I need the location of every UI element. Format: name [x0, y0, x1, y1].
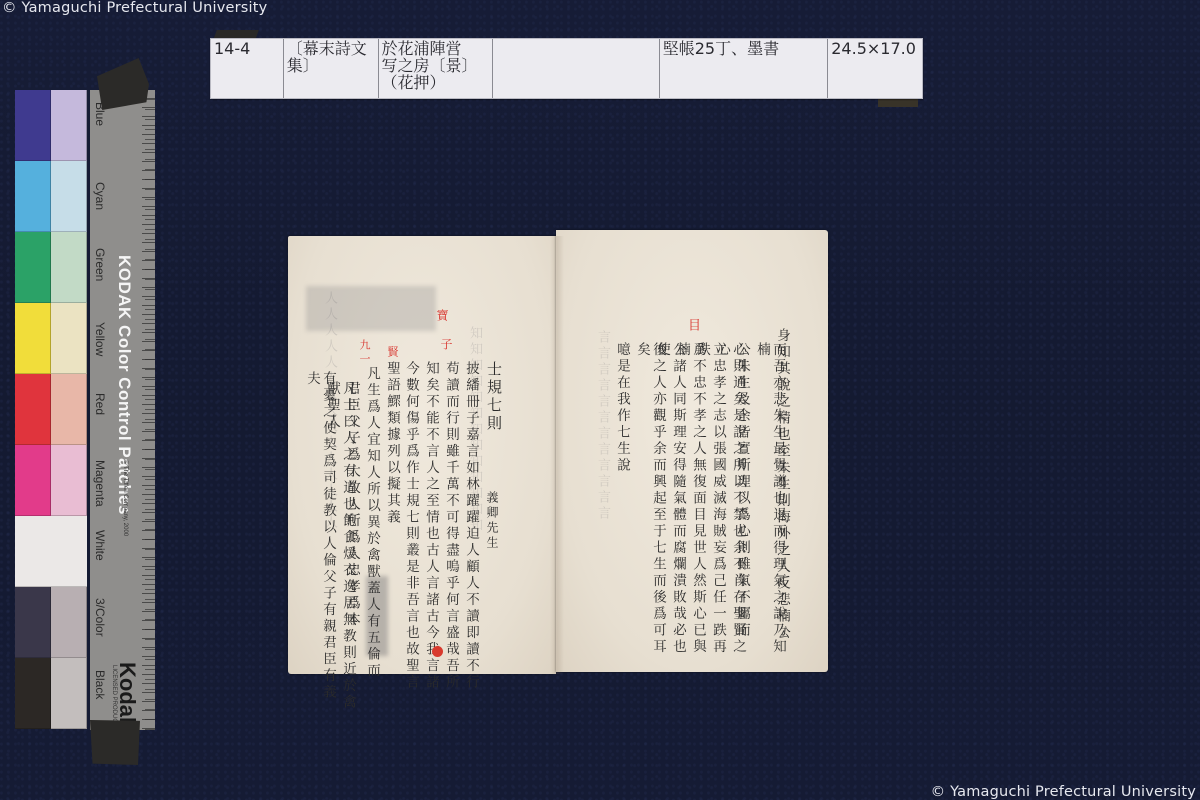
text-column: 知矣不能不言人之至情也古人言諸古今我言諸 — [423, 361, 439, 691]
patch-blue — [15, 90, 87, 161]
patch-magenta — [15, 445, 87, 516]
ruler-ticks — [142, 90, 155, 730]
left-page: 人人人人人人人人人人人人人人人 知知知知知知知知知知知知知 寶 子 九一 賢 士… — [288, 236, 556, 674]
kodak-logo: Kodak — [114, 662, 140, 729]
patch-label-black: Black — [93, 670, 107, 699]
patch-yellow — [15, 303, 87, 374]
catalog-number: 14-4 — [211, 39, 284, 98]
patch-black — [15, 658, 87, 729]
patch-label-magenta: Magenta — [93, 460, 107, 507]
patch-3color — [15, 587, 87, 658]
patch-white — [15, 516, 87, 587]
red-seal-mark — [432, 646, 443, 657]
patch-red — [15, 374, 87, 445]
kodak-licensed-product: LICENSED PRODUCT — [111, 665, 117, 726]
patch-label-yellow: Yellow — [93, 322, 107, 356]
red-annotation: 賢 — [384, 346, 400, 360]
text-column: 聖語鰥類據列以擬其義 — [384, 361, 400, 691]
text-column: 凡生爲人宜知人所以異於禽獸蓋人有五倫而 — [364, 366, 380, 696]
catalog-label: 14-4 〔幕末詩文 集〕 於花浦陣営 写之房〔景〕 （花押） 堅帳25丁、墨書… — [210, 38, 923, 99]
copyright-watermark-bottom: © Yamaguchi Prefectural University — [931, 784, 1196, 800]
tape-ruler-top — [97, 58, 149, 110]
text-column: 今數何傷乎爲作士規七則叢是非吾言也故聖言 — [403, 361, 419, 691]
text-column: 有憂之使契爲司徒教以人倫父子有親君臣有義夫 — [304, 371, 336, 701]
kodak-color-chart: Blue Cyan Green Yellow Red Magenta White… — [15, 90, 155, 730]
catalog-size: 24.5×17.0 — [828, 39, 922, 98]
document-attribution: 義卿先生 — [484, 491, 500, 551]
patch-label-cyan: Cyan — [93, 182, 107, 210]
patch-label-green: Green — [93, 248, 107, 281]
patch-green — [15, 232, 87, 303]
patch-label-white: White — [93, 530, 107, 561]
red-annotation: 子 — [438, 338, 454, 353]
patch-label-3color: 3/Color — [93, 598, 107, 637]
book-gutter — [550, 236, 564, 674]
catalog-title: 〔幕末詩文 集〕 — [284, 39, 379, 98]
patch-label-red: Red — [93, 393, 107, 415]
text-column: 披繙冊子嘉言如林躍躍迫人顧人不讀即讀不行 — [463, 361, 479, 691]
text-column: 後之人亦觀乎余而興起至于七生而後爲可耳矣 — [634, 342, 666, 662]
tape-ruler-bottom — [90, 720, 140, 765]
red-annotation: 九一 — [356, 339, 372, 367]
tiffen-copyright-note: © The Tiffen Company, 2000 — [122, 460, 128, 536]
red-annotation: 寶 — [434, 309, 450, 324]
document-heading: 士規七則 — [486, 361, 502, 433]
color-patches — [15, 90, 87, 730]
text-column: 苟讀而行則雖千萬不可得盡嗚乎何言盛哉吾所 — [443, 361, 459, 691]
copyright-watermark-top: © Yamaguchi Prefectural University — [2, 0, 267, 16]
catalog-author: 於花浦陣営 写之房〔景〕 （花押） — [379, 39, 494, 98]
patch-cyan — [15, 161, 87, 232]
catalog-blank — [493, 39, 660, 98]
measurement-ruler: Blue Cyan Green Yellow Red Magenta White… — [90, 90, 155, 730]
open-manuscript: 人人人人人人人人人人人人人人人 知知知知知知知知知知知知知 寶 子 九一 賢 士… — [288, 228, 830, 682]
catalog-format: 堅帳25丁、墨書 — [660, 39, 829, 98]
right-page: 言言言言言言言言言言言言 目 身知其說之精也至朱生則海外之人反悲楠公 而吾亦悲朱… — [556, 230, 828, 672]
text-column: 而吾亦悲朱生最覺譾也退而得理氣之說乃知楠 — [754, 342, 786, 662]
red-annotation: 目 — [684, 318, 700, 334]
text-column: 噫是在我作七生說 — [614, 342, 630, 662]
